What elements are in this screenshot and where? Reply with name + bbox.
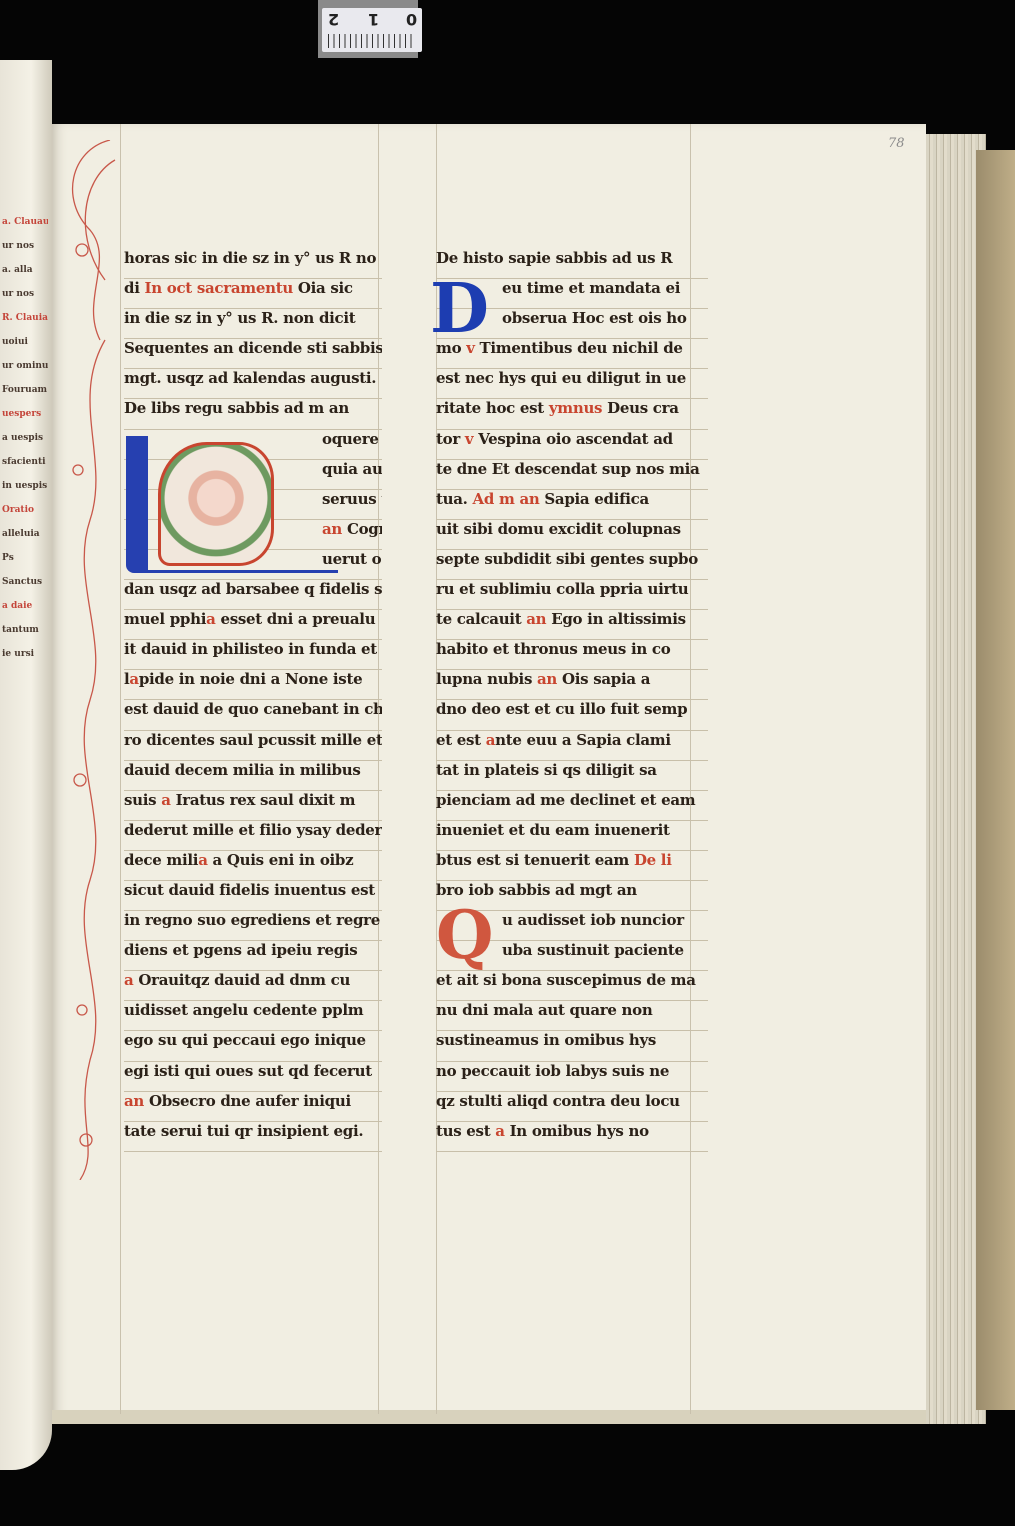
rubric: a <box>206 610 215 628</box>
text-line: ru et sublimiu colla ppria uirtu <box>436 580 708 610</box>
facing-page-line: ur nos <box>2 234 48 258</box>
initial-infill <box>158 442 274 566</box>
ruler-label: 1 <box>368 10 379 29</box>
text-line: a Orauitqz dauid ad dnm cu <box>124 971 382 1001</box>
rubric: De li <box>634 851 672 869</box>
text-line: est dauid de quo canebant in cho <box>124 700 382 730</box>
text-line: dno deo est et cu illo fuit semp <box>436 700 708 730</box>
text-line: ro dicentes saul pcussit mille et <box>124 731 382 761</box>
text-line: tate serui tui qr insipient egi. <box>124 1122 382 1152</box>
ruler-label: 2 <box>328 10 339 29</box>
text-line: De libs regu sabbis ad m an <box>124 399 382 429</box>
text-line: te calcauit an Ego in altissimis <box>436 610 708 640</box>
text-line: mgt. usqz ad kalendas augusti. <box>124 369 382 399</box>
text-column-right: De histo sapie sabbis ad us Reu time et … <box>436 249 708 1152</box>
text-line: muel pphia esset dni a preualu <box>124 610 382 640</box>
facing-page-line: a uespis <box>2 426 48 450</box>
text-line: sustineamus in omibus hys <box>436 1031 708 1061</box>
text-line: dederut mille et filio ysay dedert <box>124 821 382 851</box>
facing-page-line: R. Clauiaui <box>2 306 48 330</box>
text-line: pienciam ad me declinet et eam <box>436 791 708 821</box>
facing-page-text: a. Clauauiur nosa. alla ur nosR. Clauiau… <box>2 210 48 666</box>
text-line: est nec hys qui eu diligut in ue <box>436 369 708 399</box>
facing-page-line: uespers <box>2 402 48 426</box>
facing-page-line: a daie <box>2 594 48 618</box>
facing-page-line: alleluia <box>2 522 48 546</box>
rubric: a <box>495 1122 504 1140</box>
text-line: tat in plateis si qs diligit sa <box>436 761 708 791</box>
text-line: te dne Et descendat sup nos mia <box>436 460 708 490</box>
text-line: lapide in noie dni a None iste <box>124 670 382 700</box>
text-line: dece milia a Quis eni in oibz <box>124 851 382 881</box>
text-line: uidisset angelu cedente pplm <box>124 1001 382 1031</box>
text-line: in regno suo egrediens et regre <box>124 911 382 941</box>
text-line: an Obsecro dne aufer iniqui <box>124 1092 382 1122</box>
rubric: an <box>526 610 546 628</box>
text-line: lupna nubis an Ois sapia a <box>436 670 708 700</box>
text-line: tus est a In omibus hys no <box>436 1122 708 1152</box>
text-line: inueniet et du eam inuenerit <box>436 821 708 851</box>
facing-page-line: ie ursi <box>2 642 48 666</box>
facing-page-line: uoiui <box>2 330 48 354</box>
penwork-flourish-icon <box>60 140 120 1180</box>
ruling-line <box>120 124 121 1414</box>
text-line: horas sic in die sz in y° us R no <box>124 249 382 279</box>
ruler-label: 0 <box>406 10 417 29</box>
text-line: tor v Vespina oio ascendat ad <box>436 430 708 460</box>
text-line: tua. Ad m an Sapia edifica <box>436 490 708 520</box>
illuminated-initial-L <box>118 436 318 574</box>
scale-ruler: 2 1 0 <box>318 0 418 58</box>
text-line: dan usqz ad barsabee q fidelis sa <box>124 580 382 610</box>
rubric: a <box>124 971 133 989</box>
text-line: dauid decem milia in milibus <box>124 761 382 791</box>
facing-page-line: ur ominus <box>2 354 48 378</box>
text-line: Sequentes an dicende sti sabbis ad <box>124 339 382 369</box>
text-line: it dauid in philisteo in funda et <box>124 640 382 670</box>
text-line: uit sibi domu excidit colupnas <box>436 520 708 550</box>
rubric: a <box>198 851 207 869</box>
facing-page-line: tantum <box>2 618 48 642</box>
facing-page-line: a. alla <box>2 258 48 282</box>
text-line: btus est si tenuerit eam De li <box>436 851 708 881</box>
text-line: et est ante euu a Sapia clami <box>436 731 708 761</box>
text-line: egi isti qui oues sut qd fecerut <box>124 1062 382 1092</box>
facing-page-line: ur nos <box>2 282 48 306</box>
facing-page-line: Sanctus <box>2 570 48 594</box>
rubric: an <box>124 1092 144 1110</box>
ruler-face: 2 1 0 <box>322 8 422 52</box>
page-bottom-edge <box>52 1410 926 1424</box>
facing-page-verso: a. Clauauiur nosa. alla ur nosR. Clauiau… <box>0 60 52 1470</box>
facing-page-line: a. Clauaui <box>2 210 48 234</box>
facing-page-line: in uespis <box>2 474 48 498</box>
rubric: a <box>129 670 138 688</box>
rubric: Ad m an <box>473 490 540 508</box>
text-line: di In oct sacramentu Oia sic <box>124 279 382 309</box>
text-line: ego su qui peccaui ego inique <box>124 1031 382 1061</box>
text-line: ritate hoc est ymnus Deus cra <box>436 399 708 429</box>
ruler-ticks <box>328 34 416 48</box>
text-line: septe subdidit sibi gentes supbo <box>436 550 708 580</box>
facing-page-line: Oratio <box>2 498 48 522</box>
facing-page-line: sfacienti <box>2 450 48 474</box>
text-line: sicut dauid fidelis inuentus est <box>124 881 382 911</box>
rubric: ymnus <box>549 399 602 417</box>
facing-page-line: Fouruam <box>2 378 48 402</box>
text-column-left: horas sic in die sz in y° us R nodi In o… <box>124 249 382 1152</box>
rubric: an <box>537 670 557 688</box>
binding-cover <box>976 150 1015 1410</box>
text-line: nu dni mala aut quare non <box>436 1001 708 1031</box>
text-line: diens et pgens ad ipeiu regis <box>124 941 382 971</box>
text-line: habito et thronus meus in co <box>436 640 708 670</box>
text-line: et ait si bona suscepimus de ma <box>436 971 708 1001</box>
text-line: in die sz in y° us R. non dicit <box>124 309 382 339</box>
blue-initial-D: D <box>430 275 489 343</box>
folio-number: 78 <box>888 136 905 151</box>
facing-page-line: Ps <box>2 546 48 570</box>
rubric: a <box>161 791 170 809</box>
rubric: a <box>486 731 495 749</box>
text-line: suis a Iratus rex saul dixit m <box>124 791 382 821</box>
text-line: no peccauit iob labys suis ne <box>436 1062 708 1092</box>
text-line: qz stulti aliqd contra deu locu <box>436 1092 708 1122</box>
rubric: In oct sacramentu <box>145 279 293 297</box>
red-initial-Q: Q <box>436 902 494 968</box>
